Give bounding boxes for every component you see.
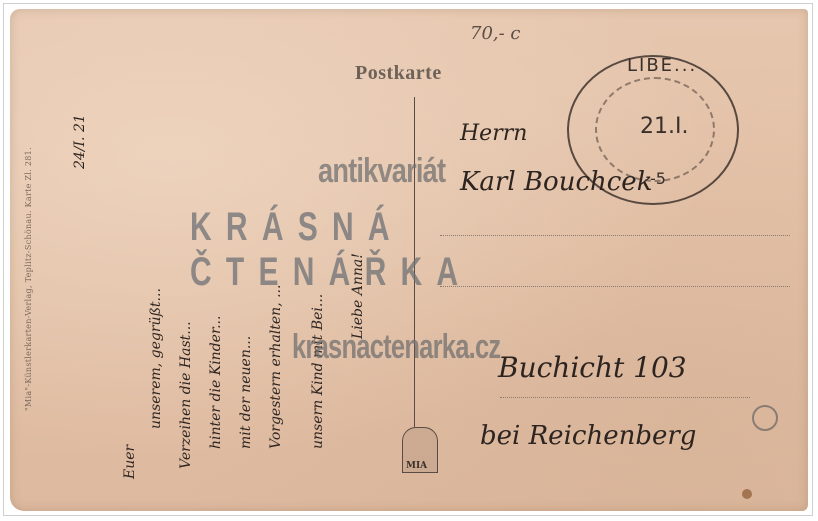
- address-city: bei Reichenberg: [480, 421, 696, 451]
- watermark-shop-name: KRÁSNÁ ČTENÁŘKA: [190, 205, 661, 295]
- postcard-title: Postkarte: [355, 62, 442, 85]
- publisher-logo-label: MIA: [406, 461, 427, 471]
- watermark-url: krasnactenarka.cz: [292, 328, 500, 367]
- message-line: unserem, gegrüßt...: [148, 49, 164, 429]
- message-line: Euer: [122, 249, 138, 479]
- message-date: 24/I. 21: [72, 79, 88, 169]
- postmark-date: 21.I.: [640, 114, 688, 139]
- small-circle-mark: [752, 405, 778, 431]
- address-name: Karl Bouchcek: [460, 167, 652, 197]
- address-street: Buchicht 103: [498, 351, 687, 384]
- watermark-antikvariat: antikvariát: [318, 152, 445, 191]
- pencil-price-note: 70,- c: [470, 23, 521, 44]
- stain-spot: [742, 489, 752, 499]
- postmark-town: LIBE...: [627, 55, 697, 76]
- address-line-3: [500, 397, 750, 398]
- address-salutation: Herrn: [460, 121, 527, 146]
- publisher-imprint: "Mia"-Künstlerkarten-Verlag, Teplitz-Sch…: [24, 69, 44, 489]
